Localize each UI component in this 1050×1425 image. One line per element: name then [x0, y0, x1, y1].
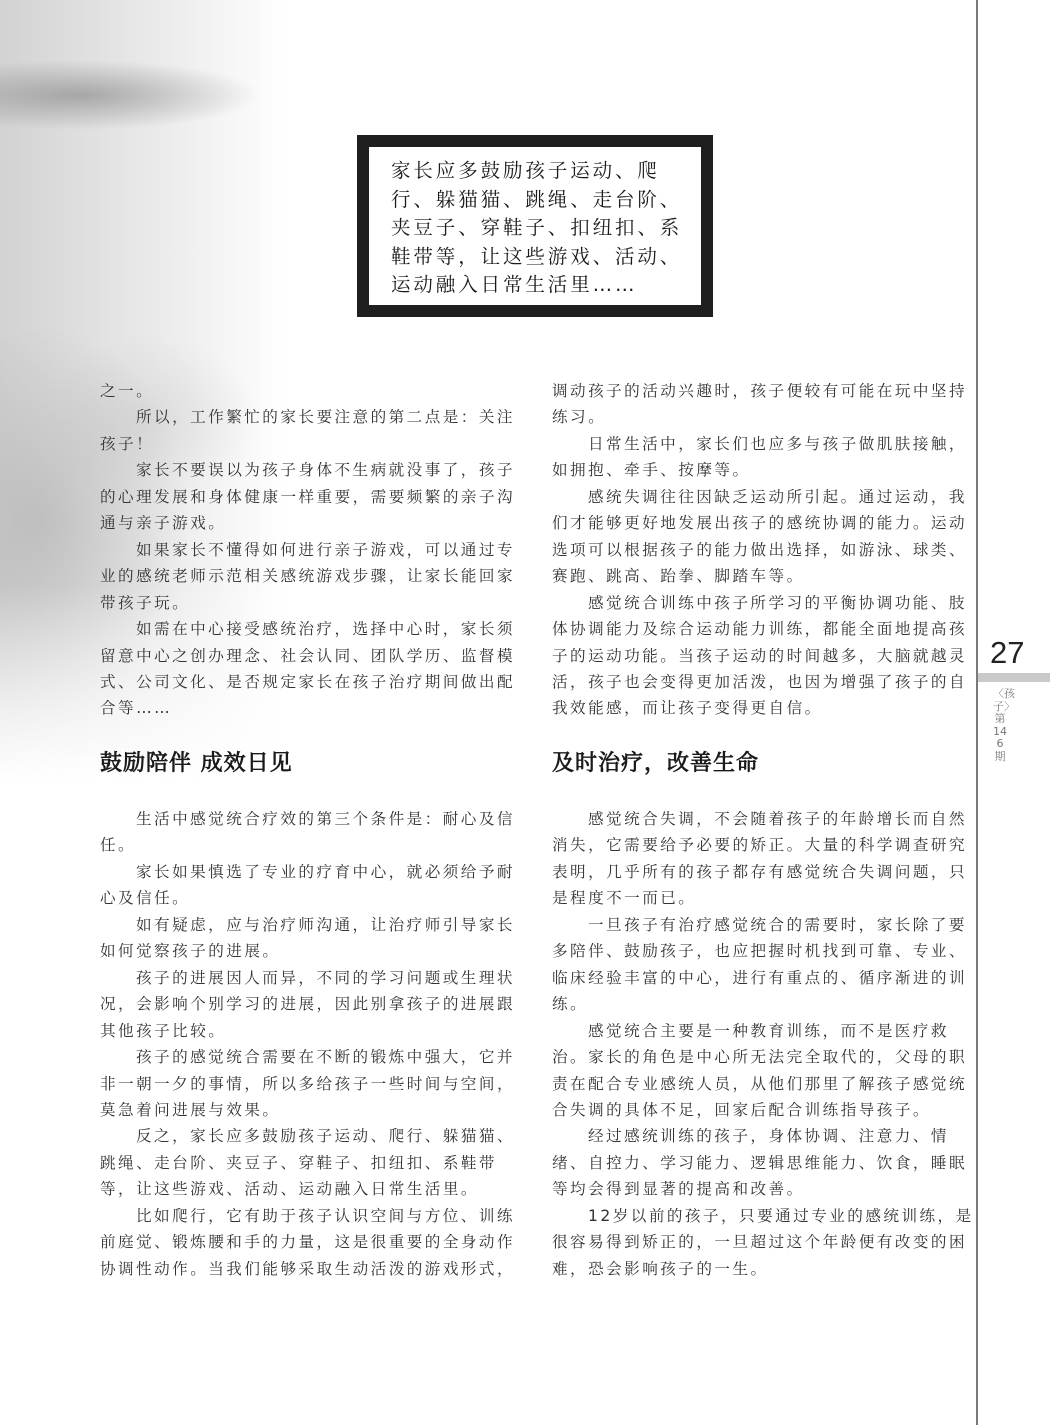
text-line: 赛跑、跳高、跆拳、脚踏车等。 [552, 569, 805, 585]
text-line: 孩子的进展因人而异，不同的学习问题或生理状 [136, 971, 515, 987]
text-line: 难，恐会影响孩子的一生。 [552, 1262, 769, 1278]
text-line: 练习。 [552, 410, 606, 426]
margin-rule [976, 0, 978, 1425]
text-line: 之一。 [100, 384, 154, 400]
text-line: 感觉统合主要是一种教育训练，而不是医疗救 [588, 1024, 949, 1040]
text-line: 治。家长的角色是中心所无法完全取代的，父母的职 [552, 1050, 967, 1066]
text-line: 孩子的感觉统合需要在不断的锻炼中强大，它并 [136, 1050, 515, 1066]
text-line: 的心理发展和身体健康一样重要，需要频繁的亲子沟 [100, 490, 515, 506]
text-line: 感统失调往往因缺乏运动所引起。通过运动，我 [588, 490, 967, 506]
text-line: 非一朝一夕的事情，所以多给孩子一些时间与空间， [100, 1077, 515, 1093]
text-line: 临床经验丰富的中心，进行有重点的、循序渐进的训 [552, 971, 967, 987]
page-number-bar [978, 673, 1050, 682]
text-line: 很容易得到矫正的，一旦超过这个年龄便有改变的困 [552, 1235, 967, 1251]
pull-quote-line: 运动融入日常生活里…… [391, 275, 637, 295]
text-line: 心及信任。 [100, 891, 190, 907]
text-line: 况，会影响个别学习的进展，因此别拿孩子的进展跟 [100, 997, 515, 1013]
text-line: 如需在中心接受感统治疗，选择中心时，家长须 [136, 622, 515, 638]
text-line: 所以，工作繁忙的家长要注意的第二点是：关注 [136, 410, 515, 426]
section-heading-left: 鼓励陪伴 成效日见 [100, 753, 293, 775]
pull-quote-line: 夹豆子、穿鞋子、扣纽扣、系 [391, 218, 682, 238]
pull-quote-line: 鞋带等，让这些游戏、活动、 [391, 247, 682, 267]
text-line: 练。 [552, 997, 588, 1013]
text-line: 一旦孩子有治疗感觉统合的需要时，家长除了要 [588, 918, 967, 934]
text-line: 协调性动作。当我们能够采取生动活泼的游戏形式， [100, 1262, 515, 1278]
text-line: 莫急着问进展与效果。 [100, 1103, 280, 1119]
page-number: 27 [990, 637, 1024, 668]
text-line: 比如爬行，它有助于孩子认识空间与方位、训练 [136, 1209, 515, 1225]
text-line: 任。 [100, 838, 136, 854]
text-line: 家长不要误以为孩子身体不生病就没事了，孩子 [136, 463, 515, 479]
section-heading-right: 及时治疗，改善生命 [552, 753, 759, 775]
text-line: 生活中感觉统合疗效的第三个条件是：耐心及信 [136, 812, 515, 828]
text-line: 日常生活中，家长们也应多与孩子做肌肤接触， [588, 437, 967, 453]
text-line: 消失，它需要给予必要的矫正。大量的科学调查研究 [552, 838, 967, 854]
text-line: 如果家长不懂得如何进行亲子游戏，可以通过专 [136, 543, 515, 559]
text-line: 经过感统训练的孩子，身体协调、注意力、情 [588, 1129, 949, 1145]
text-line: 等均会得到显著的提高和改善。 [552, 1182, 805, 1198]
text-line: 如何觉察孩子的进展。 [100, 944, 280, 960]
text-line: 式、公司文化、是否规定家长在孩子治疗期间做出配 [100, 675, 515, 691]
text-line: 合等…… [100, 701, 172, 717]
pull-quote-box: 家长应多鼓励孩子运动、爬行、躲猫猫、跳绳、走台阶、夹豆子、穿鞋子、扣纽扣、系鞋带… [357, 135, 713, 317]
text-line: 活，孩子也会变得更加活泼，也因为增强了孩子的自 [552, 675, 967, 691]
text-line: 家长如果慎选了专业的疗育中心，就必须给予耐 [136, 865, 515, 881]
text-line: 感觉统合失调，不会随着孩子的年龄增长而自然 [588, 812, 967, 828]
text-line: 等，让这些游戏、活动、运动融入日常生活里。 [100, 1182, 479, 1198]
text-line: 我效能感，而让孩子变得更自信。 [552, 701, 823, 717]
text-line: 孩子！ [100, 437, 154, 453]
text-line: 调动孩子的活动兴趣时，孩子便较有可能在玩中坚持 [552, 384, 967, 400]
text-line: 体协调能力及综合运动能力训练，都能全面地提高孩 [552, 622, 967, 638]
text-line: 前庭觉、锻炼腰和手的力量，这是很重要的全身动作 [100, 1235, 515, 1251]
text-line: 选项可以根据孩子的能力做出选择，如游泳、球类、 [552, 543, 967, 559]
text-line: 多陪伴、鼓励孩子，也应把握时机找到可靠、专业、 [552, 944, 967, 960]
text-line: 是程度不一而已。 [552, 891, 696, 907]
text-line: 责在配合专业感统人员，从他们那里了解孩子感觉统 [552, 1077, 967, 1093]
text-line: 感觉统合训练中孩子所学习的平衡协调功能、肢 [588, 596, 967, 612]
text-line: 如拥抱、牵手、按摩等。 [552, 463, 750, 479]
text-line: 子的运动功能。当孩子运动的时间越多，大脑就越灵 [552, 649, 967, 665]
text-line: 们才能够更好地发展出孩子的感统协调的能力。运动 [552, 516, 967, 532]
text-line: 跳绳、走台阶、夹豆子、穿鞋子、扣纽扣、系鞋带 [100, 1156, 497, 1172]
text-line: 如有疑虑，应与治疗师沟通，让治疗师引导家长 [136, 918, 515, 934]
text-line: 12岁以前的孩子，只要通过专业的感统训练，是 [588, 1209, 974, 1225]
issue-label: 〈孩子〉第146期 [993, 688, 1007, 763]
pull-quote-line: 行、躲猫猫、跳绳、走台阶、 [391, 190, 682, 210]
text-line: 业的感统老师示范相关感统游戏步骤，让家长能回家 [100, 569, 515, 585]
text-line: 带孩子玩。 [100, 596, 190, 612]
text-line: 合失调的具体不足，回家后配合训练指导孩子。 [552, 1103, 931, 1119]
text-line: 其他孩子比较。 [100, 1024, 226, 1040]
text-line: 反之，家长应多鼓励孩子运动、爬行、躲猫猫、 [136, 1129, 515, 1145]
text-line: 通与亲子游戏。 [100, 516, 226, 532]
text-line: 绪、自控力、学习能力、逻辑思维能力、饮食，睡眠 [552, 1156, 967, 1172]
pull-quote-line: 家长应多鼓励孩子运动、爬 [391, 161, 660, 181]
text-line: 表明，几乎所有的孩子都存有感觉统合失调问题，只 [552, 865, 967, 881]
text-line: 留意中心之创办理念、社会认同、团队学历、监督模 [100, 649, 515, 665]
